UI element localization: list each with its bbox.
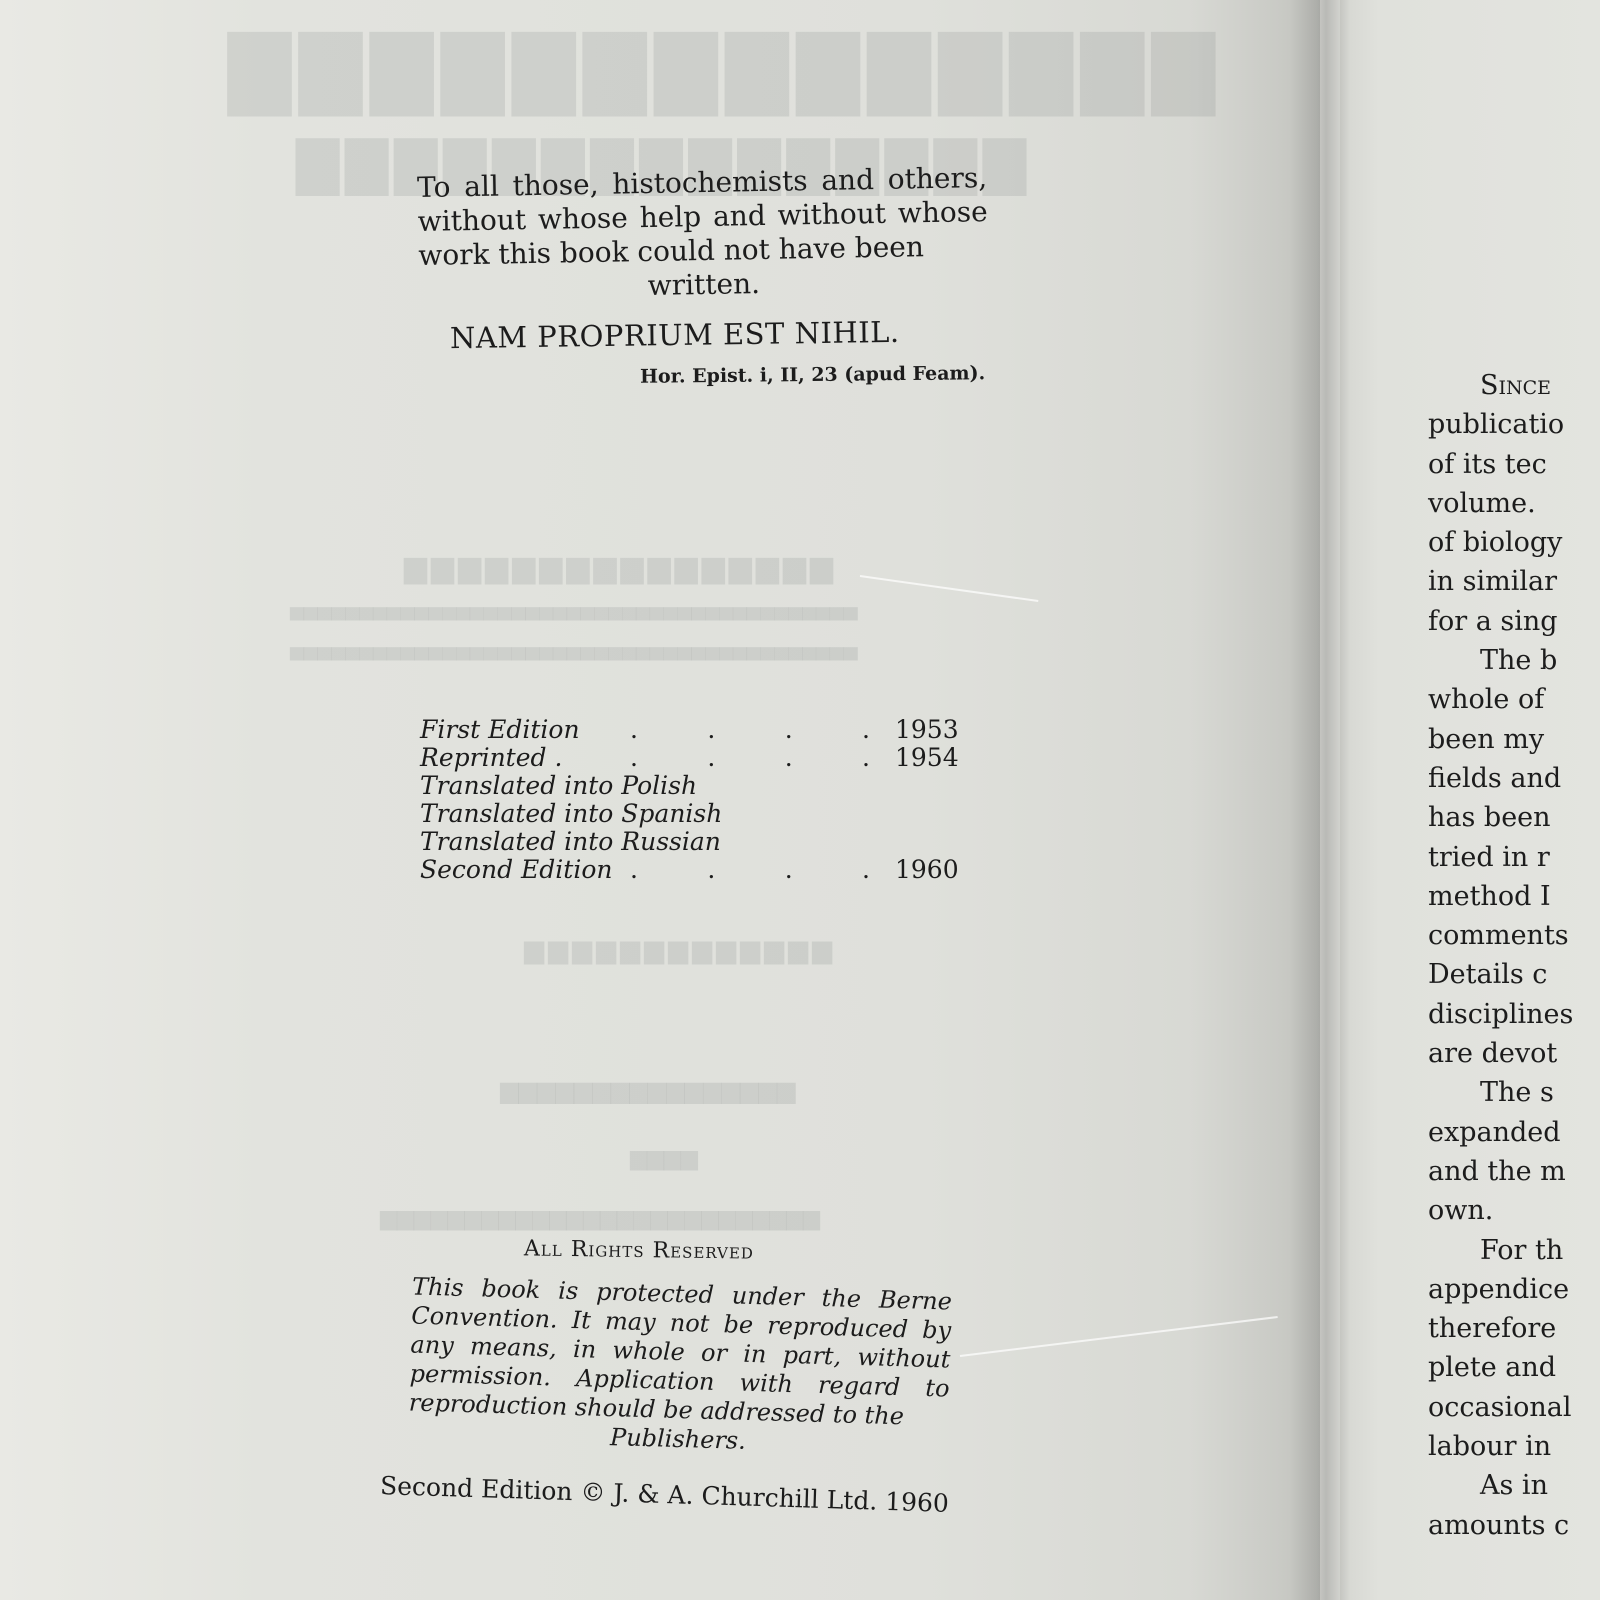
preface-line: in similar xyxy=(1428,562,1600,601)
preface-line: expanded xyxy=(1428,1113,1600,1152)
edition-row: Reprinted . .... 1954 xyxy=(420,744,960,772)
edition-history: First Edition .... 1953 Reprinted . ....… xyxy=(420,716,960,884)
preface-line: fields and xyxy=(1428,759,1600,798)
edition-label: Translated into Polish xyxy=(420,772,697,800)
preface-line: for a sing xyxy=(1428,602,1600,641)
show-through-title: ▇▇▇▇▇▇▇▇▇▇▇▇▇▇ xyxy=(220,20,1215,116)
leader-dots: .... xyxy=(630,856,870,884)
show-through-author: ▆▆▆▆▆▆▆▆▆▆▆▆▆▆▆▆ xyxy=(400,550,833,585)
preface-line: are devot xyxy=(1428,1034,1600,1073)
edition-row: Translated into Russian xyxy=(420,828,960,856)
rights-notice: This book is protected under the Berne C… xyxy=(408,1272,953,1461)
preface-line: The b xyxy=(1428,641,1600,680)
preface-line: The s xyxy=(1428,1073,1600,1112)
show-through-edition: ▆▆▆▆▆▆▆▆▆▆▆▆▆ xyxy=(520,935,832,965)
rights-heading: All Rights Reserved xyxy=(524,1236,754,1264)
latin-motto: NAM PROPRIUM EST NIHIL. xyxy=(450,315,900,355)
edition-label: First Edition xyxy=(420,716,580,744)
edition-year: 1953 xyxy=(895,716,959,744)
edition-year: 1954 xyxy=(895,744,959,772)
edition-label: Reprinted . xyxy=(420,744,562,772)
preface-line: disciplines xyxy=(1428,995,1600,1034)
preface-line: comments xyxy=(1428,916,1600,955)
preface-line: therefore xyxy=(1428,1309,1600,1348)
preface-line: Details c xyxy=(1428,955,1600,994)
preface-line: tried in r xyxy=(1428,838,1600,877)
preface-line: has been xyxy=(1428,798,1600,837)
leader-dots: .... xyxy=(630,716,870,744)
preface-line: plete and xyxy=(1428,1348,1600,1387)
preface-line: labour in xyxy=(1428,1427,1600,1466)
leader-dots: .... xyxy=(630,744,870,772)
preface-line: As in xyxy=(1428,1466,1600,1505)
preface-line: of its tec xyxy=(1428,445,1600,484)
edition-label: Translated into Spanish xyxy=(420,800,722,828)
show-through-plates: ▆▆▆▆▆▆▆▆▆▆▆▆▆▆▆▆ xyxy=(500,1075,795,1104)
preface-line: amounts c xyxy=(1428,1506,1600,1545)
edition-row: Second Edition .... 1960 xyxy=(420,856,960,884)
preface-line: whole of xyxy=(1428,680,1600,719)
edition-row: Translated into Polish xyxy=(420,772,960,800)
preface-text: Sincepublicatioof its tecvolume.of biolo… xyxy=(1428,366,1600,1545)
show-through-and: ▆▆▆▆ xyxy=(630,1145,698,1171)
show-through-credentials-2: ▅▅▅▅▅▅▅▅▅▅▅▅▅▅▅▅▅▅▅▅▅▅▅▅▅▅▅▅▅▅▅▅▅▅▅▅▅▅▅▅… xyxy=(290,640,858,661)
motto-citation: Hor. Epist. i, II, 23 (apud Feam). xyxy=(640,362,985,388)
show-through-credentials: ▅▅▅▅▅▅▅▅▅▅▅▅▅▅▅▅▅▅▅▅▅▅▅▅▅▅▅▅▅▅▅▅▅▅▅▅▅▅▅▅… xyxy=(290,600,858,621)
edition-label: Translated into Russian xyxy=(420,828,721,856)
preface-line: own. xyxy=(1428,1191,1600,1230)
preface-line: of biology xyxy=(1428,523,1600,562)
dedication: To all those, histochemists and others, … xyxy=(417,161,989,307)
edition-row: First Edition .... 1953 xyxy=(420,716,960,744)
preface-line: Since xyxy=(1428,366,1600,405)
edition-year: 1960 xyxy=(895,856,959,884)
preface-line: method I xyxy=(1428,877,1600,916)
preface-line: been my xyxy=(1428,720,1600,759)
preface-line: publicatio xyxy=(1428,405,1600,444)
preface-line: volume. xyxy=(1428,484,1600,523)
preface-line: For th xyxy=(1428,1231,1600,1270)
preface-line: and the m xyxy=(1428,1152,1600,1191)
preface-line: appendice xyxy=(1428,1270,1600,1309)
book-gutter-shadow xyxy=(1290,0,1350,1600)
show-through-illustrations: ▆▆▆▆▆▆▆▆▆▆▆▆▆▆▆▆▆▆▆▆▆▆▆▆▆▆ xyxy=(380,1205,820,1231)
edition-label: Second Edition xyxy=(420,856,612,884)
preface-line: occasional xyxy=(1428,1388,1600,1427)
edition-row: Translated into Spanish xyxy=(420,800,960,828)
